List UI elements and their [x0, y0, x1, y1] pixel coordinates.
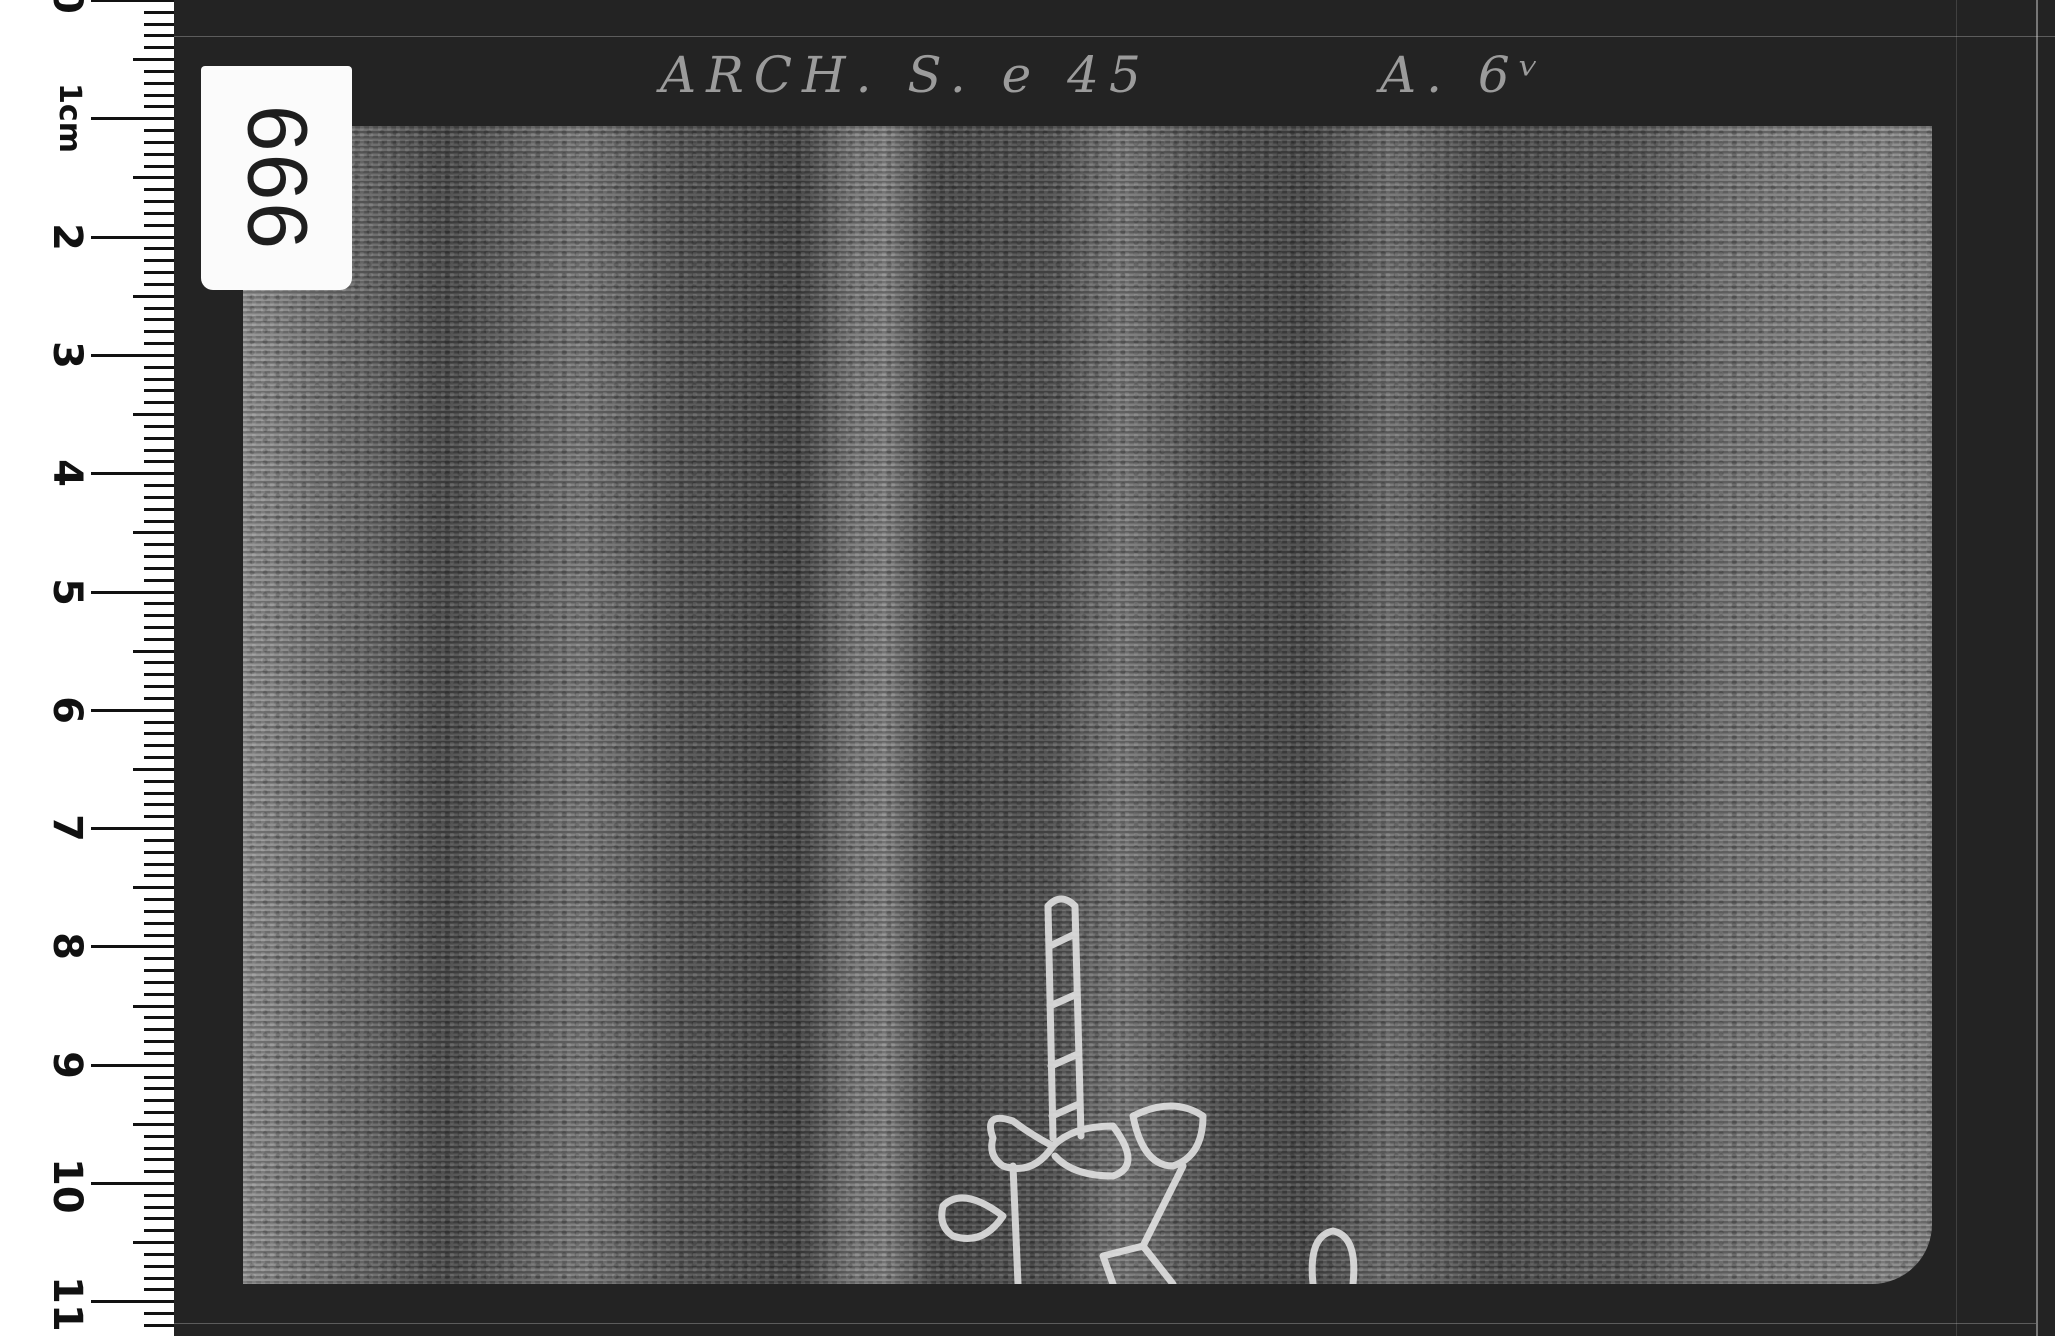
ruler-tick	[133, 413, 174, 416]
ruler-tick	[144, 34, 174, 37]
ruler-tick	[91, 827, 174, 830]
ruler-label: 6	[47, 685, 87, 735]
ruler-tick	[91, 591, 174, 594]
ruler-tick	[133, 176, 174, 179]
ruler-tick	[144, 1099, 174, 1102]
film-edge-right-inner	[1956, 0, 1957, 1336]
ruler-tick	[144, 1170, 174, 1173]
ruler-tick	[144, 70, 174, 73]
ruler-tick	[144, 520, 174, 523]
paper-leaf	[243, 126, 1932, 1284]
ruler-tick	[144, 129, 174, 132]
watermark-icon	[243, 126, 1932, 1284]
film-edge-right	[2036, 0, 2038, 1336]
ruler-tick	[91, 117, 174, 120]
ruler-tick	[144, 212, 174, 215]
ruler-tick	[144, 247, 174, 250]
ruler-tick	[144, 602, 174, 605]
ruler-tick	[144, 803, 174, 806]
ruler-tick	[91, 354, 174, 357]
ruler-tick	[133, 886, 174, 889]
scale-ruler: 01cm234567891011	[0, 0, 174, 1336]
ruler-tick	[144, 378, 174, 381]
inscription-folio: A. 6ᵛ	[1380, 46, 1548, 104]
ruler-label: 9	[47, 1040, 87, 1090]
ruler-tick	[133, 531, 174, 534]
ruler-tick	[144, 1253, 174, 1256]
ruler-tick	[144, 638, 174, 641]
ruler-tick	[144, 993, 174, 996]
ruler-tick	[144, 330, 174, 333]
ruler-tick	[144, 1028, 174, 1031]
ruler-label: 0	[47, 0, 87, 25]
ruler-tick	[144, 567, 174, 570]
ruler-tick	[144, 614, 174, 617]
ruler-tick	[91, 945, 174, 948]
ruler-tick	[144, 543, 174, 546]
ruler-tick	[144, 460, 174, 463]
ruler-tick	[144, 401, 174, 404]
ruler-tick	[144, 792, 174, 795]
ruler-tick	[133, 1005, 174, 1008]
ruler-tick	[144, 389, 174, 392]
ruler-tick	[91, 1064, 174, 1067]
ruler-tick	[133, 650, 174, 653]
ruler-tick	[144, 1277, 174, 1280]
ruler-tick	[144, 307, 174, 310]
ruler-tick	[144, 271, 174, 274]
ruler-tick	[144, 224, 174, 227]
ruler-tick	[144, 283, 174, 286]
ruler-tick	[144, 153, 174, 156]
ruler-tick	[91, 0, 174, 2]
ruler-tick	[91, 236, 174, 239]
ruler-tick	[144, 1158, 174, 1161]
ruler-tick	[91, 709, 174, 712]
ruler-tick	[133, 1123, 174, 1126]
ruler-tick	[144, 1288, 174, 1291]
ruler-tick	[144, 1194, 174, 1197]
ruler-tick	[144, 105, 174, 108]
inscription-shelfmark: ARCH. S. e 45	[660, 46, 1151, 104]
ruler-tick	[144, 200, 174, 203]
ruler-tick	[144, 815, 174, 818]
ruler-label: 8	[47, 921, 87, 971]
ruler-tick	[144, 82, 174, 85]
ruler-tick	[144, 141, 174, 144]
ruler-tick	[144, 910, 174, 913]
ruler-label: 1cm	[49, 83, 89, 153]
ruler-tick	[144, 934, 174, 937]
ruler-tick	[144, 780, 174, 783]
shelfmark-label: 666	[201, 66, 352, 290]
ruler-tick	[144, 957, 174, 960]
ruler-tick	[144, 1229, 174, 1232]
ruler-tick	[144, 756, 174, 759]
ruler-tick	[144, 366, 174, 369]
ruler-tick	[144, 11, 174, 14]
ruler-tick	[144, 744, 174, 747]
ruler-tick	[144, 898, 174, 901]
ruler-tick	[144, 673, 174, 676]
ruler-tick	[144, 437, 174, 440]
ruler-label: 5	[47, 567, 87, 617]
ruler-tick	[91, 1182, 174, 1185]
ruler-tick	[144, 425, 174, 428]
ruler-tick	[144, 1087, 174, 1090]
ruler-tick	[144, 721, 174, 724]
ruler-tick	[144, 732, 174, 735]
film-edge-bottom	[174, 1323, 2036, 1324]
ruler-tick	[133, 1241, 174, 1244]
ruler-tick	[144, 697, 174, 700]
ruler-tick	[144, 165, 174, 168]
ruler-tick	[144, 188, 174, 191]
ruler-tick	[144, 342, 174, 345]
ruler-label: 10	[47, 1158, 87, 1208]
ruler-tick	[144, 579, 174, 582]
ruler-tick	[144, 1147, 174, 1150]
ruler-tick	[144, 1052, 174, 1055]
ruler-tick	[144, 496, 174, 499]
ruler-tick	[133, 768, 174, 771]
ruler-tick	[144, 259, 174, 262]
ruler-label: 3	[47, 330, 87, 380]
ruler-tick	[144, 851, 174, 854]
ruler-tick	[144, 1076, 174, 1079]
ruler-tick	[144, 969, 174, 972]
ruler-tick	[144, 1016, 174, 1019]
ruler-tick	[144, 863, 174, 866]
ruler-tick	[144, 508, 174, 511]
ruler-tick	[91, 1300, 174, 1303]
ruler-tick	[144, 1135, 174, 1138]
ruler-tick	[144, 94, 174, 97]
ruler-tick	[144, 23, 174, 26]
ruler-tick	[144, 318, 174, 321]
ruler-tick	[144, 1265, 174, 1268]
ruler-tick	[144, 839, 174, 842]
ruler-tick	[144, 1040, 174, 1043]
ruler-tick	[144, 46, 174, 49]
ruler-tick	[144, 1312, 174, 1315]
ruler-label: 11	[47, 1276, 87, 1326]
ruler-tick	[144, 922, 174, 925]
ruler-tick	[133, 58, 174, 61]
ruler-label: 4	[47, 448, 87, 498]
ruler-tick	[144, 1206, 174, 1209]
ruler-tick	[144, 1217, 174, 1220]
ruler-tick	[144, 685, 174, 688]
ruler-tick	[144, 661, 174, 664]
ruler-tick	[144, 626, 174, 629]
ruler-tick	[144, 449, 174, 452]
ruler-label: 2	[47, 212, 87, 262]
ruler-tick	[91, 472, 174, 475]
ruler-label: 7	[47, 803, 87, 853]
ruler-tick	[144, 981, 174, 984]
ruler-tick	[144, 1111, 174, 1114]
ruler-tick	[144, 484, 174, 487]
ruler-tick	[144, 555, 174, 558]
ruler-tick	[133, 295, 174, 298]
ruler-tick	[144, 874, 174, 877]
handwritten-inscription: ARCH. S. e 45 A. 6ᵛ	[660, 36, 1580, 116]
shelfmark-label-text: 666	[228, 105, 325, 251]
ruler-tick	[144, 1324, 174, 1327]
